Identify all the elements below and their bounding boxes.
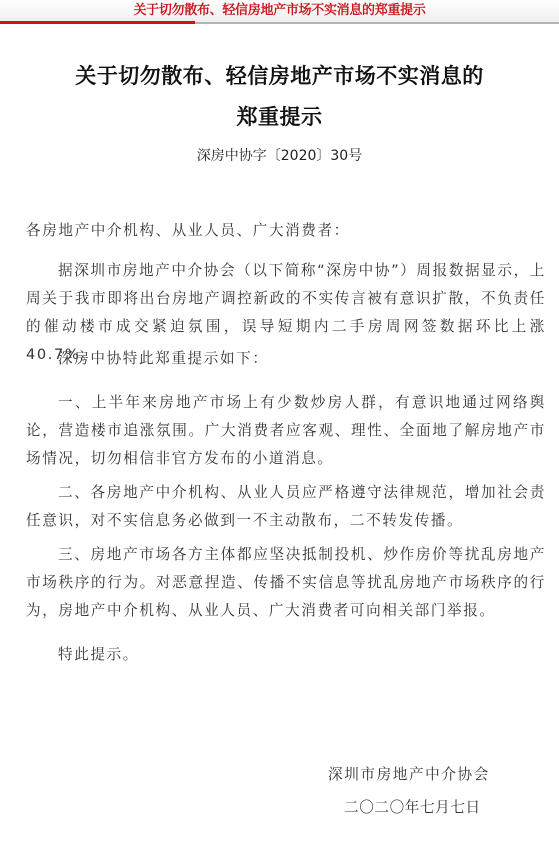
document-title-line2: 郑重提示: [0, 101, 559, 131]
paragraph-closing: 特此提示。: [26, 641, 546, 669]
document-number: 深房中协字〔2020〕30号: [0, 145, 559, 165]
banner-title: 关于切勿散布、轻信房地产市场不实消息的郑重提示: [0, 3, 559, 19]
document-title-line1: 关于切勿散布、轻信房地产市场不实消息的: [0, 60, 559, 90]
paragraph-notice-lead: 深房中协特此郑重提示如下：: [26, 345, 546, 373]
paragraph-point-1: 一、上半年来房地产市场上有少数炒房人群，有意识地通过网络舆论，营造楼市追涨氛围。…: [26, 389, 546, 473]
salutation: 各房地产中介机构、从业人员、广大消费者：: [26, 217, 546, 245]
paragraph-point-2: 二、各房地产中介机构、从业人员应严格遵守法律规范，增加社会责任意识，对不实信息务…: [26, 479, 546, 535]
signature-date: 二〇二〇年七月七日: [344, 796, 481, 817]
paragraph-point-3: 三、房地产市场各方主体都应坚决抵制投机、炒作房价等扰乱房地产市场秩序的行为。对恶…: [26, 541, 546, 625]
header-banner: 关于切勿散布、轻信房地产市场不实消息的郑重提示: [0, 0, 559, 24]
banner-accent-bar: [0, 21, 195, 24]
signature-organization: 深圳市房地产中介协会: [328, 763, 490, 784]
